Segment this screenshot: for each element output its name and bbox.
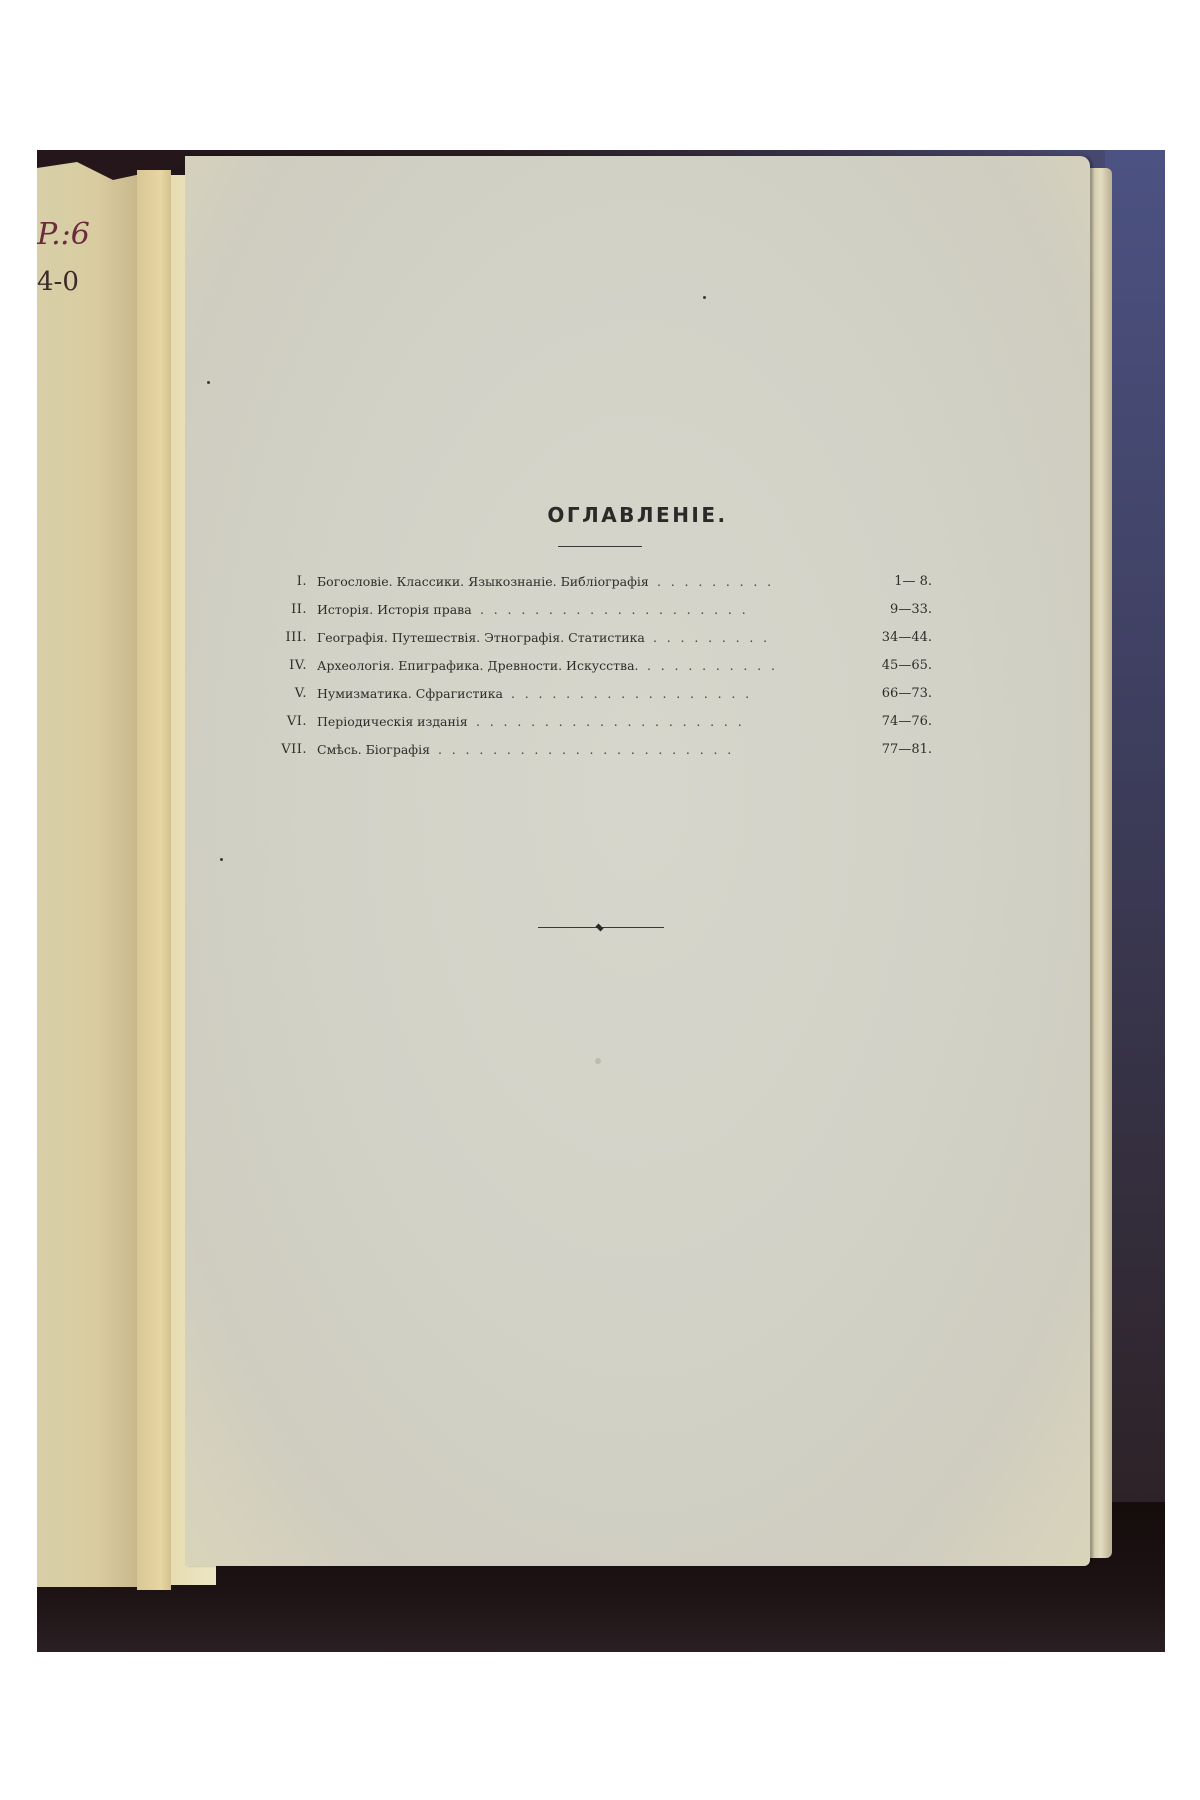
book-spine-gutter — [137, 170, 171, 1590]
toc-entry-number: I. — [297, 574, 307, 589]
toc-entry-number: III. — [285, 630, 307, 645]
toc-entry-label: Географія. Путешествія. Этнографія. Стат… — [317, 630, 645, 645]
toc-entry-label: Періодическія изданія — [317, 714, 468, 729]
toc-entry-label: Смѣсь. Біографія — [317, 742, 430, 757]
left-page-edge: P.:6 4-0 — [37, 162, 139, 1587]
toc-entry-label: Богословіе. Классики. Языкознаніе. Библі… — [317, 574, 649, 589]
toc-entry: V.Нумизматика. Сфрагистика..............… — [185, 686, 1090, 712]
toc-entry-number: VI. — [287, 714, 307, 729]
toc-page: ОГЛАВЛЕНІЕ. I.Богословіе. Классики. Язык… — [185, 156, 1090, 1566]
toc-entry-pages: 77—81. — [872, 742, 932, 757]
toc-entry-pages: 66—73. — [872, 686, 932, 701]
toc-leader-dots: ......... — [653, 630, 803, 645]
toc-entry-pages: 9—33. — [872, 602, 932, 617]
toc-entry-label: Археологія. Епиграфика. Древности. Искус… — [317, 658, 639, 673]
toc-entry-number: IV. — [289, 658, 307, 673]
handwritten-mark: 4-0 — [37, 267, 79, 297]
page-title: ОГЛАВЛЕНІЕ. — [185, 503, 1090, 527]
toc-entry: VII.Смѣсь. Біографія....................… — [185, 742, 1090, 768]
toc-leader-dots: .................... — [480, 602, 803, 617]
toc-leader-dots: ......... — [657, 574, 803, 589]
toc-entry: VI.Періодическія изданія................… — [185, 714, 1090, 740]
toc-entry: III.Географія. Путешествія. Этнографія. … — [185, 630, 1090, 656]
page-fore-edge — [1090, 168, 1112, 1558]
toc-entry-label: Нумизматика. Сфрагистика — [317, 686, 503, 701]
toc-entry-number: II. — [291, 602, 307, 617]
toc-entry-pages: 45—65. — [872, 658, 932, 673]
paper-speck — [703, 296, 706, 299]
handwritten-mark: P.:6 — [37, 217, 90, 252]
toc-leader-dots: .......... — [647, 658, 803, 673]
toc-entry-number: VII. — [281, 742, 307, 757]
toc-entry-pages: 34—44. — [872, 630, 932, 645]
cloth-background-right — [1105, 150, 1165, 1510]
table-of-contents: ОГЛАВЛЕНІЕ. I.Богословіе. Классики. Язык… — [185, 156, 1090, 1566]
paper-speck — [220, 858, 223, 861]
toc-entry-pages: 1— 8. — [872, 574, 932, 589]
toc-entry-number: V. — [295, 686, 307, 701]
toc-entry: IV.Археологія. Епиграфика. Древности. Ис… — [185, 658, 1090, 684]
toc-leader-dots: ...................... — [438, 742, 803, 757]
ornament-diamond-icon — [596, 924, 604, 932]
toc-entry-label: Исторія. Исторія права — [317, 602, 472, 617]
title-rule-divider — [558, 546, 642, 547]
paper-speck — [595, 1058, 601, 1064]
toc-entry: I.Богословіе. Классики. Языкознаніе. Биб… — [185, 574, 1090, 600]
toc-leader-dots: .................. — [511, 686, 803, 701]
ornament-divider — [538, 924, 664, 930]
toc-entry-pages: 74—76. — [872, 714, 932, 729]
book-photo: P.:6 4-0 ОГЛАВЛЕНІЕ. I.Богословіе. Класс… — [37, 150, 1165, 1652]
toc-entry: II.Исторія. Исторія права...............… — [185, 602, 1090, 628]
toc-leader-dots: .................... — [476, 714, 803, 729]
paper-speck — [207, 381, 210, 384]
